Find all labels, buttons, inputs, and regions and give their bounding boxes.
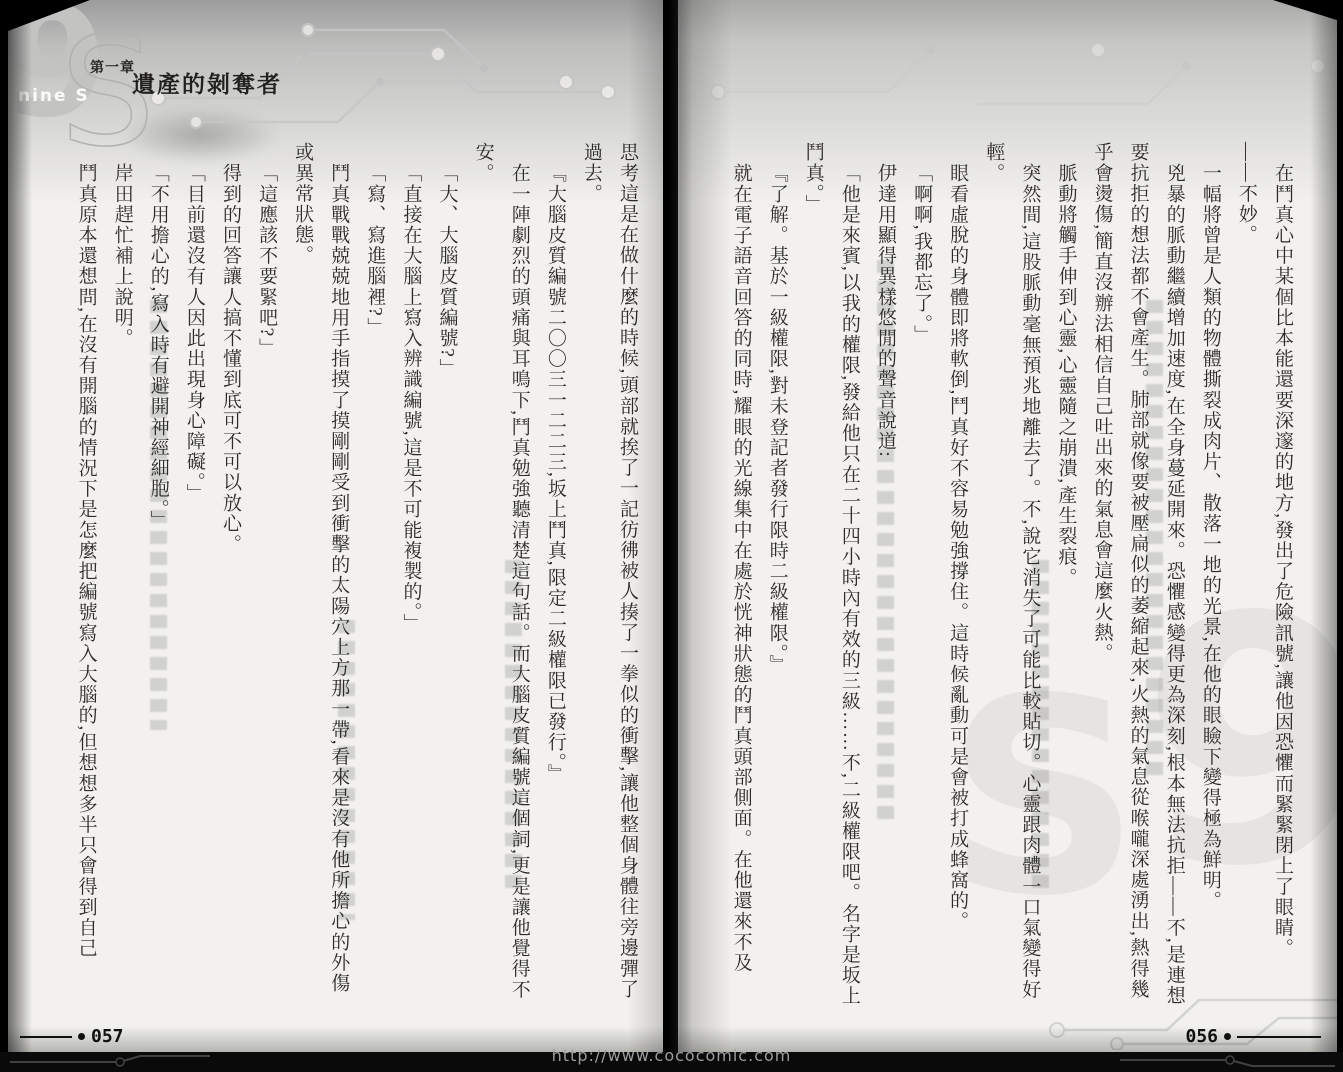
page-number-dot: [78, 1033, 85, 1040]
novel-paragraph: 在一陣劇烈的頭痛與耳鳴下,鬥真勉強聽清楚這句話。而大腦皮質編號這個詞,更是讓他覺…: [465, 142, 537, 1010]
page-number-right: 056: [1185, 1026, 1321, 1047]
logo-caption: nine S: [18, 86, 90, 106]
novel-paragraph: 「大、大腦皮質編號?」: [428, 142, 464, 1010]
novel-paragraph: 「寫、寫進腦裡?」: [356, 142, 392, 1010]
novel-paragraph: 在鬥真心中某個比本能還要深邃的地方,發出了危險訊號,讓他因恐懼而緊緊閉上了眼睛。: [1264, 142, 1300, 1010]
watermark-url: http://www.cococomic.com: [0, 1046, 1343, 1065]
page-number-left: 057: [20, 1026, 124, 1047]
page-number-dot: [1224, 1033, 1231, 1040]
page-number-value: 057: [91, 1026, 124, 1047]
novel-paragraph: 『大腦皮質編號二〇〇三一二二三,坂上鬥真,限定二級權限已發行。』: [537, 142, 573, 1010]
page-left: 9 S nine S 第一章 遺產的剝奪者 思考這是在做什麼的時候,頭部就挨了一…: [8, 0, 663, 1052]
novel-paragraph: 突然間,這股脈動毫無預兆地離去了。不,說它消失了可能比較貼切。心靈跟肉體一口氣變…: [975, 142, 1047, 1010]
novel-paragraph: 思考這是在做什麼的時候,頭部就挨了一記彷彿被人揍了一拳似的衝擊,讓他整個身體往旁…: [573, 142, 645, 1010]
circuit-pattern-icon: [678, 0, 1337, 130]
novel-paragraph: 「他是來賓,以我的權限,發給他只在二十四小時內有效的三級……不,二級權限吧。名字…: [795, 142, 867, 1010]
novel-paragraph: 伊達用顯得異樣悠閒的聲音說道:: [867, 142, 903, 1010]
novel-text-right: 在鬥真心中某個比本能還要深邃的地方,發出了危險訊號,讓他因恐懼而緊緊閉上了眼睛。…: [723, 142, 1301, 1010]
novel-paragraph: 脈動將觸手伸到心靈,心靈隨之崩潰,產生裂痕。: [1047, 142, 1083, 1010]
novel-paragraph: 「不用擔心的,寫入時有避開神經細胞。」: [140, 142, 176, 1010]
page-number-value: 056: [1185, 1026, 1218, 1047]
page-number-rule: [1237, 1036, 1321, 1038]
book-scan: 9 S nine S 第一章 遺產的剝奪者 思考這是在做什麼的時候,頭部就挨了一…: [0, 0, 1343, 1072]
novel-paragraph: 一幅將曾是人類的物體撕裂成肉片、散落一地的光景,在他的眼瞼下變得極為鮮明。: [1192, 142, 1228, 1010]
novel-paragraph: 鬥真原本還想問,在沒有開腦的情況下是怎麼把編號寫入大腦的,但想想多半只會得到自己: [68, 142, 104, 1010]
novel-paragraph: ——不妙。: [1228, 142, 1264, 1010]
novel-paragraph: 「目前還沒有人因此出現身心障礙。」: [176, 142, 212, 1010]
novel-paragraph: 得到的回答讓人搞不懂到底可不可以放心。: [212, 142, 248, 1010]
novel-paragraph: 岸田趕忙補上說明。: [104, 142, 140, 1010]
novel-paragraph: 『了解。基於一級權限,對未登記者發行限時二級權限。』: [759, 142, 795, 1010]
novel-paragraph: 「啊啊,我都忘了。」: [903, 142, 939, 1010]
novel-paragraph: 鬥真戰戰兢兢地用手指摸了摸剛剛受到衝擊的太陽穴上方那一帶,看來是沒有他所擔心的外…: [284, 142, 356, 1010]
chapter-label: 第一章: [90, 57, 135, 77]
chapter-title: 遺產的剝奪者: [132, 66, 282, 99]
novel-paragraph: 眼看虛脫的身體即將軟倒,鬥真好不容易勉強撐住。這時候亂動可是會被打成蜂窩的。: [939, 142, 975, 1010]
novel-paragraph: 「這應該不要緊吧?」: [248, 142, 284, 1010]
novel-paragraph: 就在電子語音回答的同時,耀眼的光線集中在處於恍神狀態的鬥真頭部側面。在他還來不及: [723, 142, 759, 1010]
novel-paragraph: 「直接在大腦上寫入辨識編號,這是不可能複製的。」: [392, 142, 428, 1010]
page-right: S 9 在鬥真心中某個比本能還要深邃的地方,發出了危險訊號,讓他因恐懼而緊緊閉上…: [678, 0, 1337, 1052]
page-number-rule: [20, 1036, 72, 1038]
novel-text-left: 思考這是在做什麼的時候,頭部就挨了一記彷彿被人揍了一拳似的衝擊,讓他整個身體往旁…: [68, 142, 646, 1010]
novel-paragraph: 兇暴的脈動繼續增加速度,在全身蔓延開來。恐懼感變得更為深刻,根本無法抗拒——不,…: [1083, 142, 1191, 1010]
